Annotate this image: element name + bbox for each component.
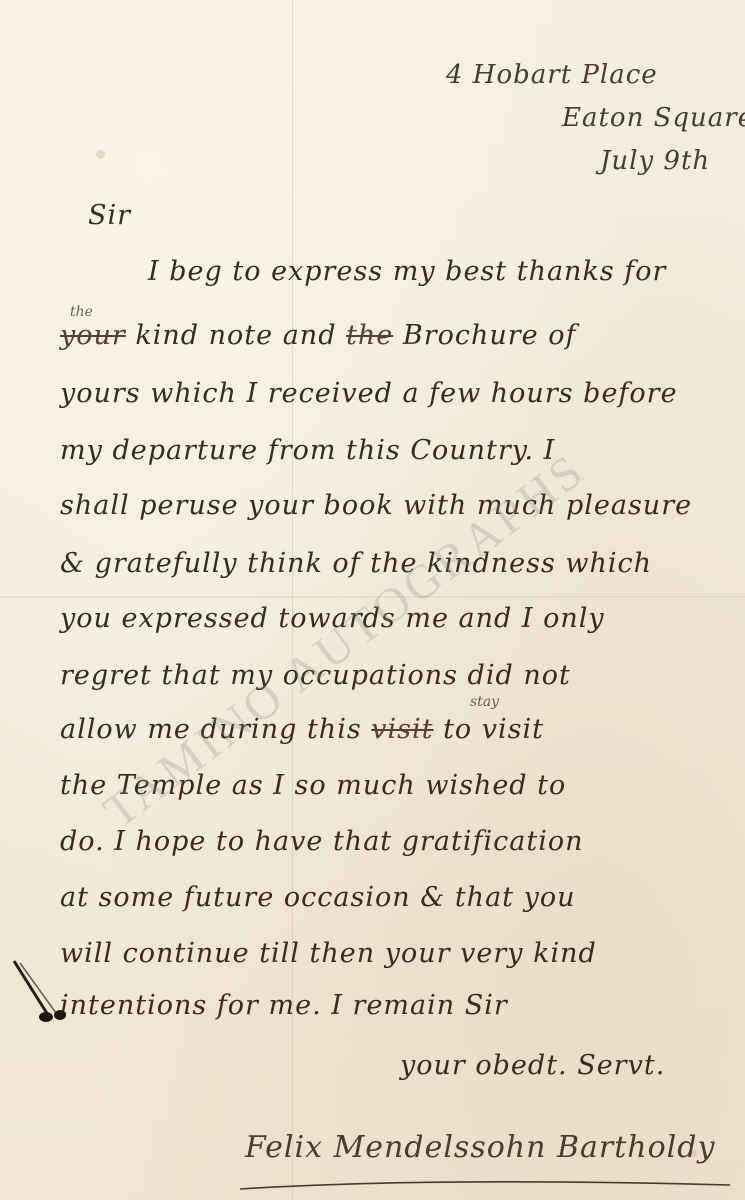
body-line-7: you expressed towards me and I only xyxy=(60,603,605,634)
paper-fold-horizontal xyxy=(0,596,745,598)
body-line-9: allow me during this visit to visit xyxy=(60,714,544,745)
closing: your obedt. Servt. xyxy=(400,1050,665,1081)
inserted-word: the xyxy=(70,304,93,320)
body-line-11: do. I hope to have that gratification xyxy=(60,826,583,857)
address-line-2: Eaton Square xyxy=(562,103,745,133)
body-line-12: at some future occasion & that you xyxy=(60,882,576,913)
body-line-8: regret that my occupations did not xyxy=(60,660,571,691)
signature-flourish xyxy=(230,1175,745,1195)
body-line-10: the Temple as I so much wished to xyxy=(60,770,566,801)
body-line-14: intentions for me. I remain Sir xyxy=(60,990,508,1021)
struck-word: the xyxy=(346,320,393,351)
struck-word: your xyxy=(60,320,126,351)
struck-word: visit xyxy=(371,714,433,745)
salutation: Sir xyxy=(88,200,131,231)
letter-page: 4 Hobart Place Eaton Square July 9th Sir… xyxy=(0,0,745,1200)
letter-date: July 9th xyxy=(600,146,710,176)
body-line-1: I beg to express my best thanks for xyxy=(148,256,666,287)
body-line-3: yours which I received a few hours befor… xyxy=(60,378,678,409)
signature: Felix Mendelssohn Bartholdy xyxy=(245,1130,715,1165)
foxing-spot xyxy=(96,150,105,159)
ink-blot xyxy=(8,955,68,1025)
body-line-2: your kind note and the Brochure of xyxy=(60,320,576,351)
body-line-13: will continue till then your very kind xyxy=(60,938,597,969)
body-line-4: my departure from this Country. I xyxy=(60,435,555,466)
body-line-5: shall peruse your book with much pleasur… xyxy=(60,490,692,521)
inserted-word: stay xyxy=(470,694,499,710)
body-line-6: & gratefully think of the kindness which xyxy=(60,548,652,579)
address-line-1: 4 Hobart Place xyxy=(446,60,658,90)
